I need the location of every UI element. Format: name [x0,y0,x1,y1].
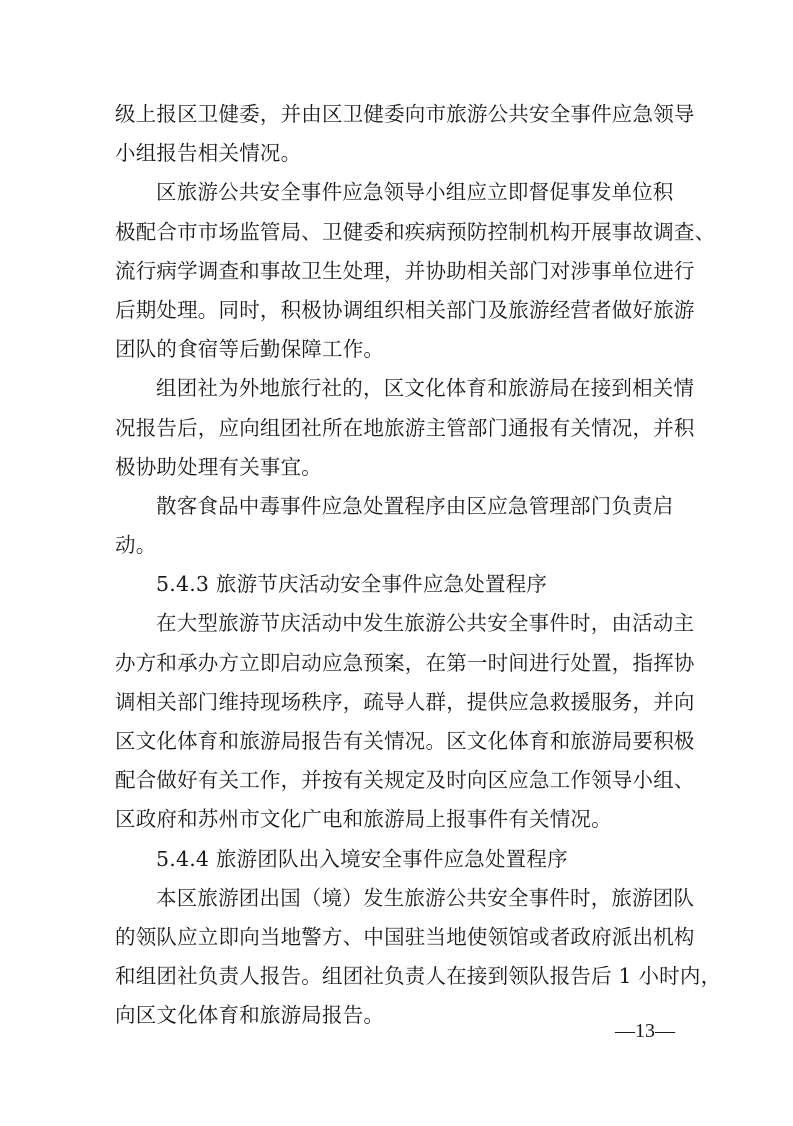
text-line: 流行病学调查和事故卫生处理，并协助相关部门对涉事单位进行 [115,252,685,291]
section-heading-5-4-4: 5.4.4 旅游团队出入境安全事件应急处置程序 [115,840,685,879]
text-line: 后期处理。同时，积极协调组织相关部门及旅游经营者做好旅游 [115,291,685,330]
text-line: 极协助处理有关事宜。 [115,448,685,487]
text-line: 的领队应立即向当地警方、中国驻当地使领馆或者政府派出机构 [115,918,685,957]
text-line: 区文化体育和旅游局报告有关情况。区文化体育和旅游局要积极 [115,722,685,761]
paragraph-start: 在大型旅游节庆活动中发生旅游公共安全事件时，由活动主 [115,604,685,643]
text-line: 和组团社负责人报告。组团社负责人在接到领队报告后 1 小时内， [115,957,685,996]
text-line: 区政府和苏州市文化广电和旅游局上报事件有关情况。 [115,800,685,839]
section-heading-5-4-3: 5.4.3 旅游节庆活动安全事件应急处置程序 [115,565,685,604]
text-line: 小组报告相关情况。 [115,134,685,173]
text-line: 级上报区卫健委，并由区卫健委向市旅游公共安全事件应急领导 [115,95,685,134]
paragraph-start: 散客食品中毒事件应急处置程序由区应急管理部门负责启 [115,487,685,526]
text-line: 配合做好有关工作，并按有关规定及时向区应急工作领导小组、 [115,761,685,800]
page-number: —13— [615,1020,675,1043]
text-line: 极配合市市场监管局、卫健委和疾病预防控制机构开展事故调查、 [115,213,685,252]
paragraph-start: 组团社为外地旅行社的，区文化体育和旅游局在接到相关情 [115,369,685,408]
text-line: 向区文化体育和旅游局报告。 [115,996,685,1035]
document-page: 级上报区卫健委，并由区卫健委向市旅游公共安全事件应急领导 小组报告相关情况。 区… [0,0,793,1126]
text-line: 动。 [115,526,685,565]
text-line: 况报告后，应向组团社所在地旅游主管部门通报有关情况，并积 [115,409,685,448]
text-line: 团队的食宿等后勤保障工作。 [115,330,685,369]
text-line: 办方和承办方立即启动应急预案，在第一时间进行处置，指挥协 [115,644,685,683]
paragraph-start: 区旅游公共安全事件应急领导小组应立即督促事发单位积 [115,173,685,212]
paragraph-start: 本区旅游团出国（境）发生旅游公共安全事件时，旅游团队 [115,879,685,918]
body-text: 级上报区卫健委，并由区卫健委向市旅游公共安全事件应急领导 小组报告相关情况。 区… [115,95,685,1036]
text-line: 调相关部门维持现场秩序，疏导人群，提供应急救援服务，并向 [115,683,685,722]
